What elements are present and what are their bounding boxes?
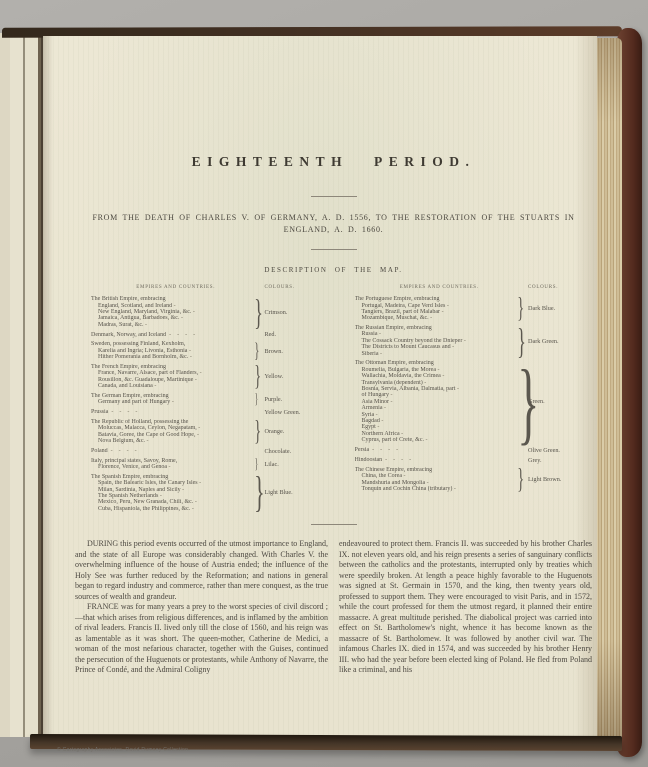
map-table-entry: The Spanish Empire, embracingSpain, the …	[91, 474, 329, 513]
entry-names: Hindoostan	[355, 457, 516, 463]
divider-rule	[311, 196, 357, 197]
map-table-left-half: EMPIRES AND COUNTRIES. COLOURS. The Brit…	[75, 285, 329, 515]
period-title: EIGHTEENTH PERIOD.	[75, 154, 592, 170]
subtitle-line-2: ENGLAND, A. D. 1660.	[75, 225, 592, 234]
map-table-entry: HindoostanGrey.	[355, 457, 593, 464]
book-fore-edge-pages	[596, 38, 622, 745]
map-table-entry: The Republic of Holland, possessing theM…	[91, 419, 329, 445]
entry-line: Mozambique, Muschat, &c.	[355, 315, 516, 321]
body-right-column: endeavoured to protect them. Francis II.…	[339, 539, 592, 676]
entry-names: The Russian Empire, embracingRussiaThe C…	[355, 325, 516, 357]
map-table-entry: Italy, principal states, Savoy, Rome,Flo…	[91, 458, 329, 471]
entry-line: Hindoostan	[355, 457, 516, 463]
colour-label: Lilac.	[261, 461, 329, 468]
colour-label: Red.	[261, 331, 329, 338]
colour-label: Yellow Green.	[261, 409, 329, 416]
divider-rule	[311, 524, 357, 525]
map-table-right-entries: The Portuguese Empire, embracingPortugal…	[355, 296, 593, 492]
brace-glyph: }	[254, 364, 259, 390]
page-content: EIGHTEENTH PERIOD. FROM THE DEATH OF CHA…	[75, 36, 592, 676]
subtitle-line-1: FROM THE DEATH OF CHARLES V. OF GERMANY,…	[75, 213, 592, 222]
entry-line: Tonquin and Cochin China (tributary)	[355, 486, 516, 492]
paragraph: endeavoured to protect them. Francis II.…	[339, 539, 592, 676]
map-table-entry: PersiaOlive Green.	[355, 447, 593, 454]
entry-names: The Republic of Holland, possessing theM…	[91, 419, 252, 445]
divider-rule	[311, 249, 357, 250]
entry-names: Sweden, possessing Finland, Kexholm,Kare…	[91, 341, 252, 360]
entry-line: Poland	[91, 448, 252, 454]
brace-glyph: }	[517, 361, 522, 444]
map-table-right-half: EMPIRES AND COUNTRIES. COLOURS. The Port…	[345, 285, 593, 515]
colour-label: Dark Blue.	[524, 305, 592, 312]
map-table-entry: The German Empire, embracingGermany and …	[91, 393, 329, 406]
brace-glyph: }	[254, 341, 259, 360]
colour-label: Light Blue.	[261, 489, 329, 496]
colour-label: Grey.	[524, 457, 592, 464]
entry-names: The Portuguese Empire, embracingPortugal…	[355, 296, 516, 322]
colour-label: Light Brown.	[524, 476, 592, 483]
period-subtitle: FROM THE DEATH OF CHARLES V. OF GERMANY,…	[75, 213, 592, 234]
entry-line: Prussia	[91, 409, 252, 415]
entry-names: Prussia	[91, 409, 252, 415]
scan-credit-line: © Cartography Associates. David Rumsey C…	[57, 747, 190, 753]
map-table-entry: Sweden, possessing Finland, Kexholm,Kare…	[91, 341, 329, 360]
map-description-heading: DESCRIPTION OF THE MAP.	[75, 266, 592, 274]
entry-names: Italy, principal states, Savoy, Rome,Flo…	[91, 458, 252, 471]
body-text: DURING this period events occurred of th…	[75, 539, 592, 676]
entry-names: The Chinese Empire, embracingChina, the …	[355, 467, 516, 493]
map-table-entry: The Chinese Empire, embracingChina, the …	[355, 467, 593, 493]
colour-label: Orange.	[261, 428, 329, 435]
entry-names: The British Empire, embracingEngland, Sc…	[91, 296, 252, 328]
entry-line: Germany and part of Hungary	[91, 399, 252, 405]
empires-countries-header: EMPIRES AND COUNTRIES.	[355, 285, 525, 290]
map-table-entry: The French Empire, embracingFrance, Nava…	[91, 364, 329, 390]
colours-header: COLOURS.	[261, 285, 329, 290]
map-table-entry: The Russian Empire, embracingRussiaThe C…	[355, 325, 593, 357]
brace-glyph: }	[517, 296, 522, 322]
entry-line: Canada, and Louisiana	[91, 383, 252, 389]
empires-countries-header: EMPIRES AND COUNTRIES.	[91, 285, 261, 290]
map-table-entry: The Ottoman Empire, embracingRoumelia, B…	[355, 360, 593, 443]
map-table-entry: PrussiaYellow Green.	[91, 409, 329, 416]
colour-label: Crimson.	[261, 309, 329, 316]
colours-header: COLOURS.	[524, 285, 592, 290]
body-left-column: DURING this period events occurred of th…	[75, 539, 328, 676]
colour-label: Purple.	[261, 396, 329, 403]
entry-line: Denmark, Norway, and Iceland	[91, 332, 252, 338]
map-table-left-entries: The British Empire, embracingEngland, Sc…	[91, 296, 329, 512]
entry-names: The Spanish Empire, embracingSpain, the …	[91, 474, 252, 512]
entry-line: Cyprus, part of Crete, &c.	[355, 437, 516, 443]
brace-glyph: }	[254, 296, 259, 328]
scanned-atlas-photo: EIGHTEENTH PERIOD. FROM THE DEATH OF CHA…	[0, 0, 648, 767]
map-table-entry: Denmark, Norway, and IcelandRed.	[91, 331, 329, 338]
map-colour-table: EMPIRES AND COUNTRIES. COLOURS. The Brit…	[75, 285, 592, 515]
entry-names: Persia	[355, 447, 516, 453]
map-table-entry: The Portuguese Empire, embracingPortugal…	[355, 296, 593, 322]
entry-names: The German Empire, embracingGermany and …	[91, 393, 252, 406]
colour-label: Brown.	[261, 348, 329, 355]
map-table-entry: PolandChocolate.	[91, 448, 329, 455]
entry-line: Hither Pomerania and Bornholm, &c.	[91, 354, 252, 360]
entry-line: Madras, Surat, &c.	[91, 322, 252, 328]
entry-names: Poland	[91, 448, 252, 454]
map-table-header: EMPIRES AND COUNTRIES. COLOURS.	[91, 285, 329, 290]
entry-names: The French Empire, embracingFrance, Nava…	[91, 364, 252, 390]
colour-label: Yellow.	[261, 373, 329, 380]
entry-line: Florence, Venice, and Genoa	[91, 464, 252, 470]
entry-line: Cuba, Hispaniola, the Philippines, &c.	[91, 506, 252, 512]
colour-label: Dark Green.	[524, 338, 592, 345]
paragraph: DURING this period events occurred of th…	[75, 539, 328, 602]
entry-line: Nova Belgium, &c.	[91, 438, 252, 444]
brace-glyph: }	[517, 467, 522, 493]
entry-line: Siberia	[355, 351, 516, 357]
map-table-entry: The British Empire, embracingEngland, Sc…	[91, 296, 329, 328]
facing-page-edge	[0, 33, 43, 737]
entry-line: Persia	[355, 447, 516, 453]
entry-names: Denmark, Norway, and Iceland	[91, 332, 252, 338]
brace-glyph: }	[254, 393, 259, 406]
paragraph: FRANCE was for many years a prey to the …	[75, 602, 328, 676]
map-table-header: EMPIRES AND COUNTRIES. COLOURS.	[355, 285, 593, 290]
brace-glyph: }	[254, 419, 259, 445]
entry-names: The Ottoman Empire, embracingRoumelia, B…	[355, 360, 516, 443]
colour-label: Chocolate.	[261, 448, 329, 455]
brace-glyph: }	[254, 474, 259, 513]
